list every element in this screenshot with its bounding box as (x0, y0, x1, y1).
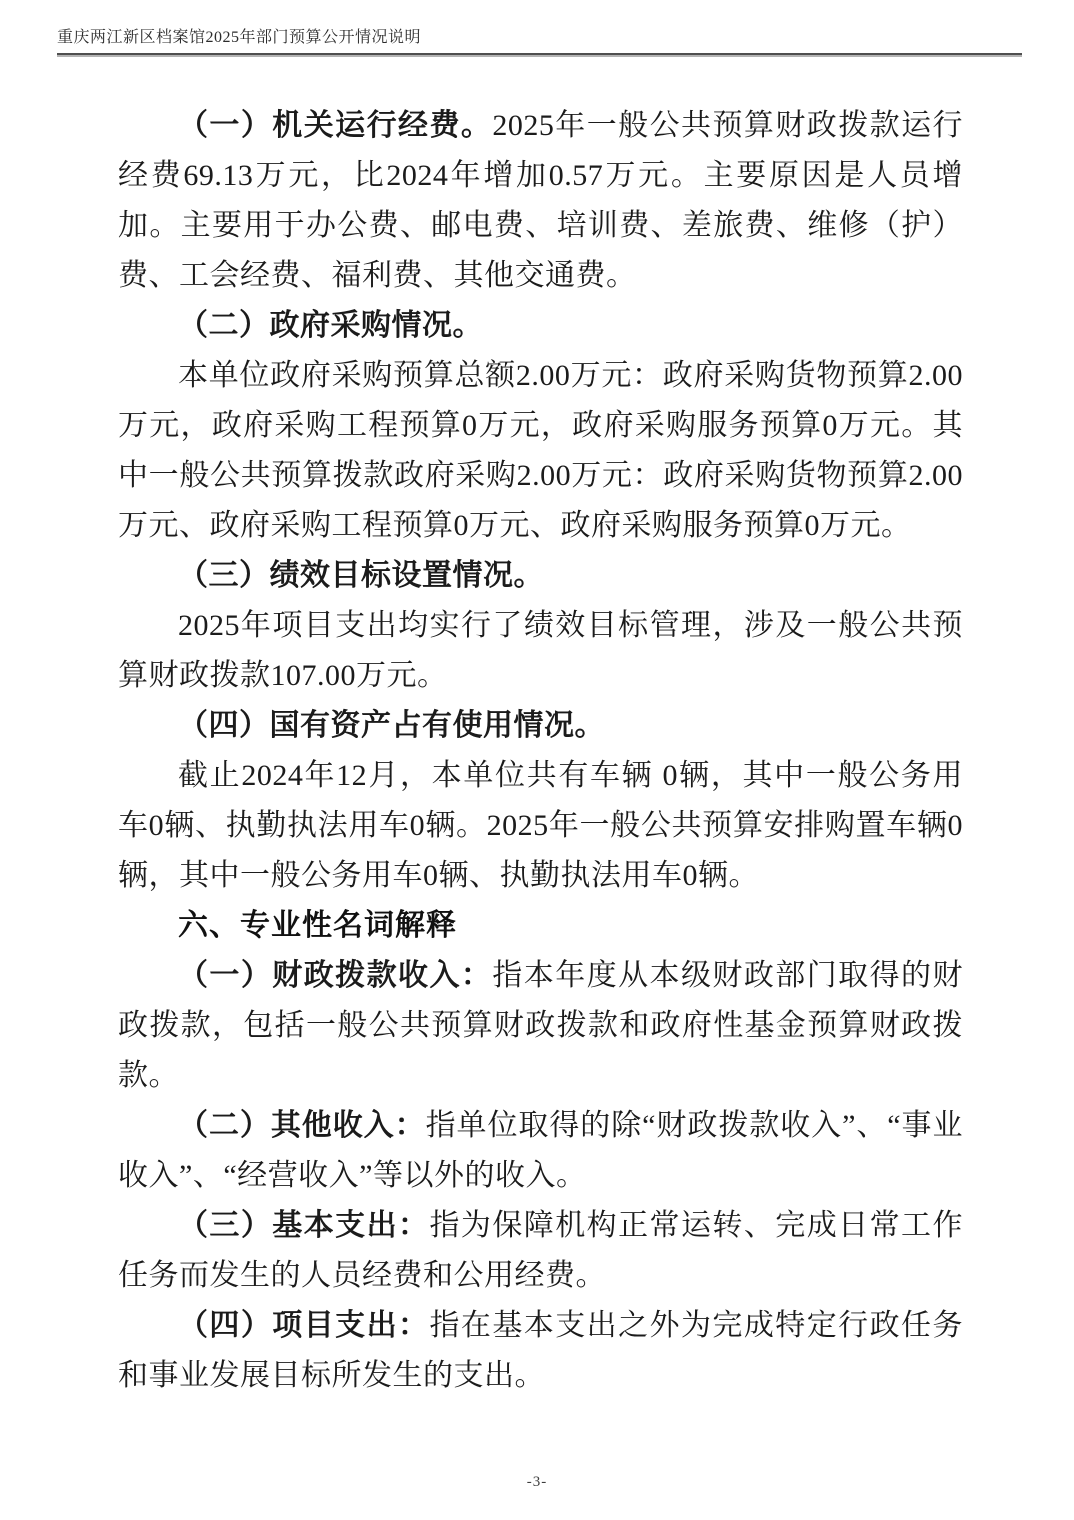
page-header: 重庆两江新区档案馆2025年部门预算公开情况说明 (57, 28, 1022, 57)
paragraph-performance-heading: （三）绩效目标设置情况。 (118, 551, 963, 601)
paragraph-text: 2025年项目支出均实行了绩效目标管理，涉及一般公共预算财政拨款107.00万元… (118, 609, 963, 692)
paragraph-state-assets-heading: （四）国有资产占有使用情况。 (118, 701, 963, 751)
document-page: { "header": { "title": "重庆两江新区档案馆2025年部门… (0, 0, 1074, 1520)
paragraph-term-basic-expenditure: （三）基本支出：指为保障机构正常运转、完成日常工作任务而发生的人员经费和公用经费… (118, 1201, 963, 1301)
paragraph-org-operating-cost: （一）机关运行经费。2025年一般公共预算财政拨款运行经费69.13万元，比20… (118, 101, 963, 301)
page-footer: -3- (0, 1474, 1074, 1491)
term-lead: （二）其他收入： (178, 1109, 426, 1142)
section-heading-terms: 六、专业性名词解释 (118, 901, 963, 951)
paragraph-text: 截止2024年12月，本单位共有车辆 0辆，其中一般公务用车0辆、执勤执法用车0… (118, 759, 963, 892)
term-lead: （四）项目支出： (178, 1309, 430, 1342)
paragraph-lead: （四）国有资产占有使用情况。 (178, 709, 605, 742)
paragraph-performance-detail: 2025年项目支出均实行了绩效目标管理，涉及一般公共预算财政拨款107.00万元… (118, 601, 963, 701)
paragraph-procurement-detail: 本单位政府采购预算总额2.00万元：政府采购货物预算2.00万元，政府采购工程预… (118, 351, 963, 551)
paragraph-lead: （一）机关运行经费。 (178, 109, 492, 142)
paragraph-lead: （二）政府采购情况。 (178, 309, 483, 342)
paragraph-term-fiscal-income: （一）财政拨款收入：指本年度从本级财政部门取得的财政拨款，包括一般公共预算财政拨… (118, 951, 963, 1101)
term-lead: （三）基本支出： (178, 1209, 430, 1242)
paragraph-lead: （三）绩效目标设置情况。 (178, 559, 544, 592)
paragraph-state-assets-detail: 截止2024年12月，本单位共有车辆 0辆，其中一般公务用车0辆、执勤执法用车0… (118, 751, 963, 901)
paragraph-term-project-expenditure: （四）项目支出：指在基本支出之外为完成特定行政任务和事业发展目标所发生的支出。 (118, 1301, 963, 1401)
paragraph-text: 本单位政府采购预算总额2.00万元：政府采购货物预算2.00万元，政府采购工程预… (118, 359, 963, 542)
document-body: （一）机关运行经费。2025年一般公共预算财政拨款运行经费69.13万元，比20… (118, 101, 963, 1401)
paragraph-term-other-income: （二）其他收入：指单位取得的除“财政拨款收入”、“事业收入”、“经营收入”等以外… (118, 1101, 963, 1201)
paragraph-procurement-heading: （二）政府采购情况。 (118, 301, 963, 351)
header-divider (57, 53, 1022, 57)
page-number: -3- (527, 1474, 548, 1490)
document-header-title: 重庆两江新区档案馆2025年部门预算公开情况说明 (57, 28, 1022, 48)
term-lead: （一）财政拨款收入： (178, 959, 492, 992)
